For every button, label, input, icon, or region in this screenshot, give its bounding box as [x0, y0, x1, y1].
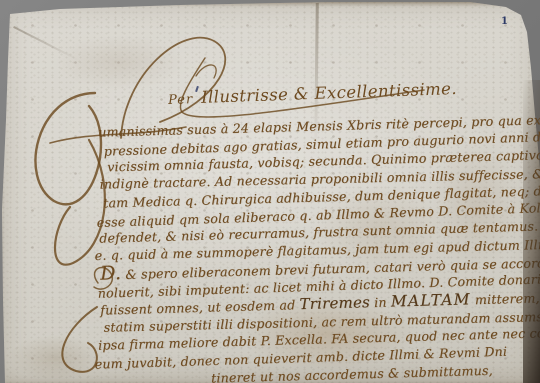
manuscript-photo: PerIllustrisse & Excellentissime. umanis…: [0, 0, 540, 383]
maltam-word: MALTAM: [391, 290, 471, 310]
diagonal-fold-crease: [13, 26, 78, 60]
paper-stain: [55, 35, 185, 90]
paper-stain: [8, 335, 103, 380]
triremes-word: Triremes: [299, 293, 370, 313]
page-gutter-shadow: [523, 80, 540, 383]
salutation-prefix: Per: [168, 92, 194, 108]
letter-body: umanissimas suas à 24 elapsi Mensis Xbri…: [86, 111, 540, 383]
page-number: 1: [501, 16, 508, 27]
maltam-line-mid: in: [370, 295, 391, 311]
